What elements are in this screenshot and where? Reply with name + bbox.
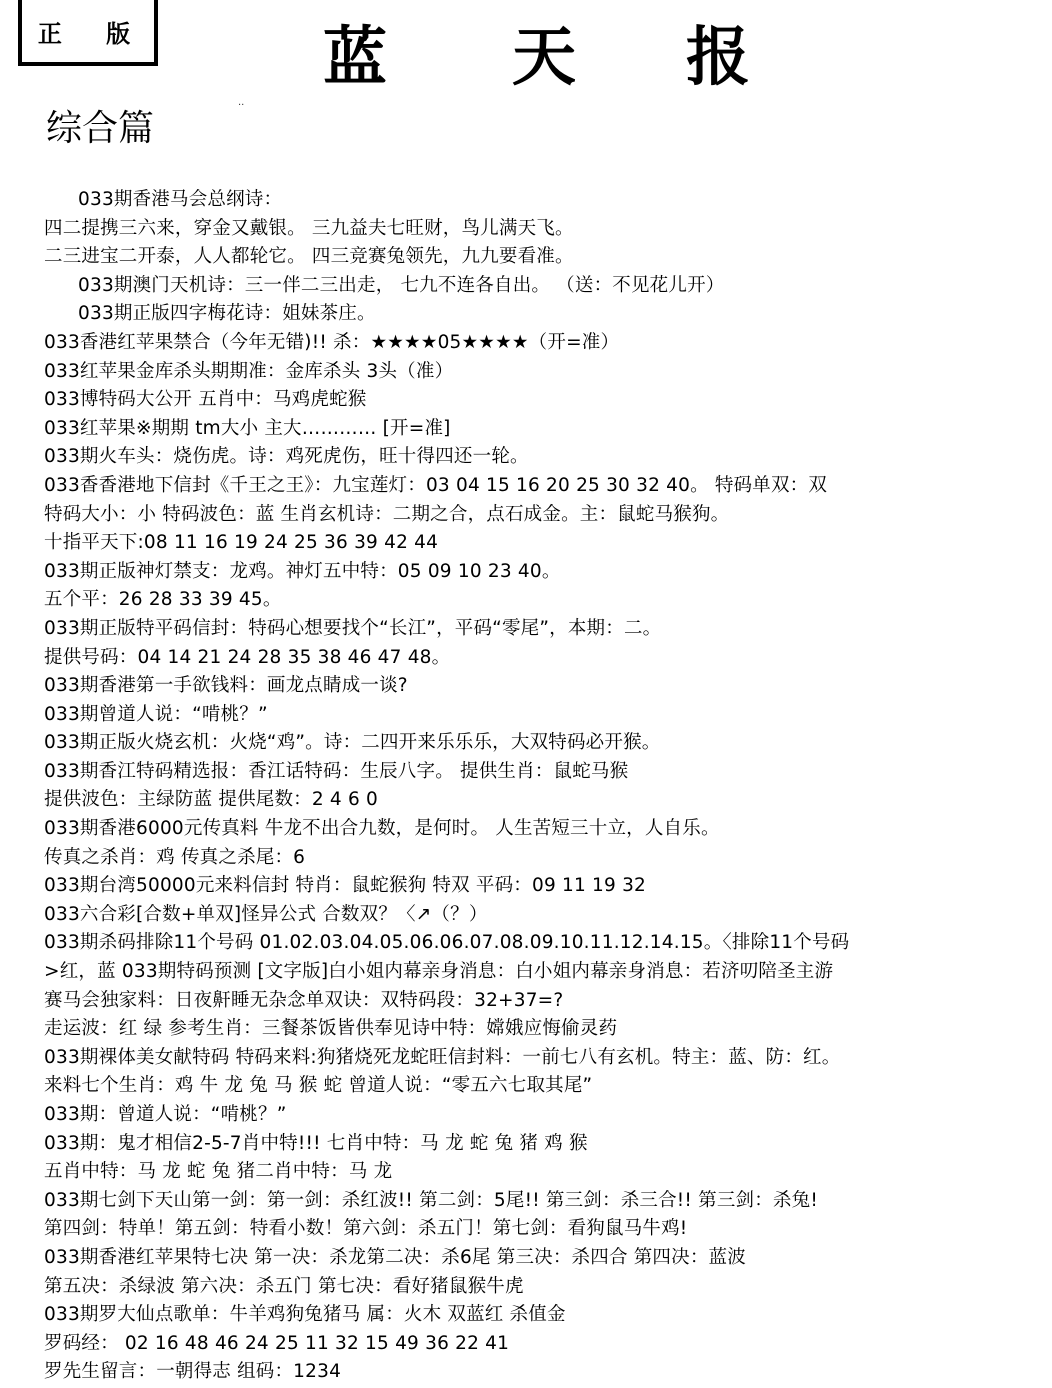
text-line: 033期曾道人说：“啃桃？” [44,701,1034,730]
text-line: 提供波色：主绿防蓝 提供尾数：2 4 6 0 [44,786,1034,815]
text-line: 四二提携三六来，穿金又戴银。 三九益夫七旺财，鸟儿满天飞。 [44,215,1034,244]
text-line: 033期：鬼才相信2-5-7肖中特!!! 七肖中特：马 龙 蛇 兔 猪 鸡 猴 [44,1130,1034,1159]
article-body: 033期香港马会总纲诗：四二提携三六来，穿金又戴银。 三九益夫七旺财，鸟儿满天飞… [44,186,1034,1387]
text-line: 赛马会独家料：日夜鼾睡无杂念单双诀：双特码段：32+37=? [44,987,1034,1016]
text-line: 033期正版火烧玄机：火烧“鸡”。诗：二四开来乐乐乐，大双特码必开猴。 [44,729,1034,758]
masthead-char-2: 天 [512,20,576,95]
text-line: 五肖中特：马 龙 蛇 兔 猪二肖中特：马 龙 [44,1158,1034,1187]
text-line: 罗先生留言：一朝得志 组码：1234 [44,1358,1034,1387]
text-line: >红，蓝 033期特码预测 [文字版]白小姐内幕亲身消息：白小姐内幕亲身消息：若… [44,958,1034,987]
text-line: 033期香港6000元传真料 牛龙不出合九数，是何时。 人生苦短三十立，人自乐。 [44,815,1034,844]
masthead-char-1: 蓝 [323,20,387,95]
text-line: 033六合彩[合数+单双]怪异公式 合数双？〈↗（？） [44,901,1034,930]
text-line: 033红苹果※期期 tm大小 主大………… [开=准] [44,415,1034,444]
text-line: 033期台湾50000元来料信封 特肖：鼠蛇猴狗 特双 平码：09 11 19 … [44,872,1034,901]
text-line: 罗码经： 02 16 48 46 24 25 11 32 15 49 36 22… [44,1330,1034,1359]
text-line: 第五决：杀绿波 第六决：杀五门 第七决：看好猪鼠猴牛虎 [44,1273,1034,1302]
text-line: 特码大小：小 特码波色：蓝 生肖玄机诗：二期之合，点石成金。主：鼠蛇马猴狗。 [44,501,1034,530]
text-line: 033期正版四字梅花诗：姐妹茶庄。 [44,300,1034,329]
text-line: 033期七剑下天山第一剑：第一剑：杀红波!! 第二剑：5尾!! 第三剑：杀三合!… [44,1187,1034,1216]
text-line: 第四剑：特单！第五剑：特看小数！第六剑：杀五门！第七剑：看狗鼠马牛鸡! [44,1215,1034,1244]
text-line: 十指平天下:08 11 16 19 24 25 36 39 42 44 [44,529,1034,558]
text-line: 来料七个生肖：鸡 牛 龙 兔 马 猴 蛇 曾道人说：“零五六七取其尾” [44,1072,1034,1101]
text-line: 走运波：红 绿 参考生肖：三餐茶饭皆供奉见诗中特：嫦娥应悔偷灵药 [44,1015,1034,1044]
text-line: 033期正版特平码信封：特码心想要找个“长江”，平码“零尾”，本期：二。 [44,615,1034,644]
text-line: 033期杀码排除11个号码 01.02.03.04.05.06.06.07.08… [44,929,1034,958]
text-line: 033期香港红苹果特七决 第一决：杀龙第二决：杀6尾 第三决：杀四合 第四决：蓝… [44,1244,1034,1273]
masthead-char-3: 报 [686,20,750,95]
text-line: 五个平：26 28 33 39 45。 [44,586,1034,615]
text-line: 033期香港第一手欲钱料：画龙点睛成一谈? [44,672,1034,701]
text-line: 033期罗大仙点歌单：牛羊鸡狗兔猪马 属：火木 双蓝红 杀值金 [44,1301,1034,1330]
text-line: 033期正版神灯禁支：龙鸡。神灯五中特：05 09 10 23 40。 [44,558,1034,587]
text-line: 033红苹果金库杀头期期准：金库杀头 3头（准） [44,358,1034,387]
section-title: 综合篇 [46,107,154,151]
text-line: 033博特码大公开 五肖中：马鸡虎蛇猴 [44,386,1034,415]
text-line: 二三进宝二开泰，人人都轮它。 四三竞赛兔领先，九九要看准。 [44,243,1034,272]
text-line: 033期裸体美女献特码 特码来料:狗猪烧死龙蛇旺信封料：一前七八有玄机。特主：蓝… [44,1044,1034,1073]
text-line: 033期香江特码精选报：香江话特码：生辰八字。 提供生肖：鼠蛇马猴 [44,758,1034,787]
masthead-title: 蓝 天 报 [0,20,1052,95]
text-line: 033期：曾道人说：“啃桃？” [44,1101,1034,1130]
text-line: 传真之杀肖：鸡 传真之杀尾：6 [44,844,1034,873]
text-line: 提供号码：04 14 21 24 28 35 38 46 47 48。 [44,644,1034,673]
text-line: 033香香港地下信封《千王之王》：九宝莲灯：03 04 15 16 20 25 … [44,472,1034,501]
text-line: 033期火车头：烧伤虎。诗：鸡死虎伤，旺十得四还一轮。 [44,443,1034,472]
text-line: 033期香港马会总纲诗： [44,186,1034,215]
decorative-dots: ·· [238,100,244,111]
text-line: 033香港红苹果禁合（今年无错)!! 杀：★★★★05★★★★（开=准） [44,329,1034,358]
text-line: 033期澳门天机诗：三一伴二三出走， 七九不连各自出。 （送：不见花儿开） [44,272,1034,301]
